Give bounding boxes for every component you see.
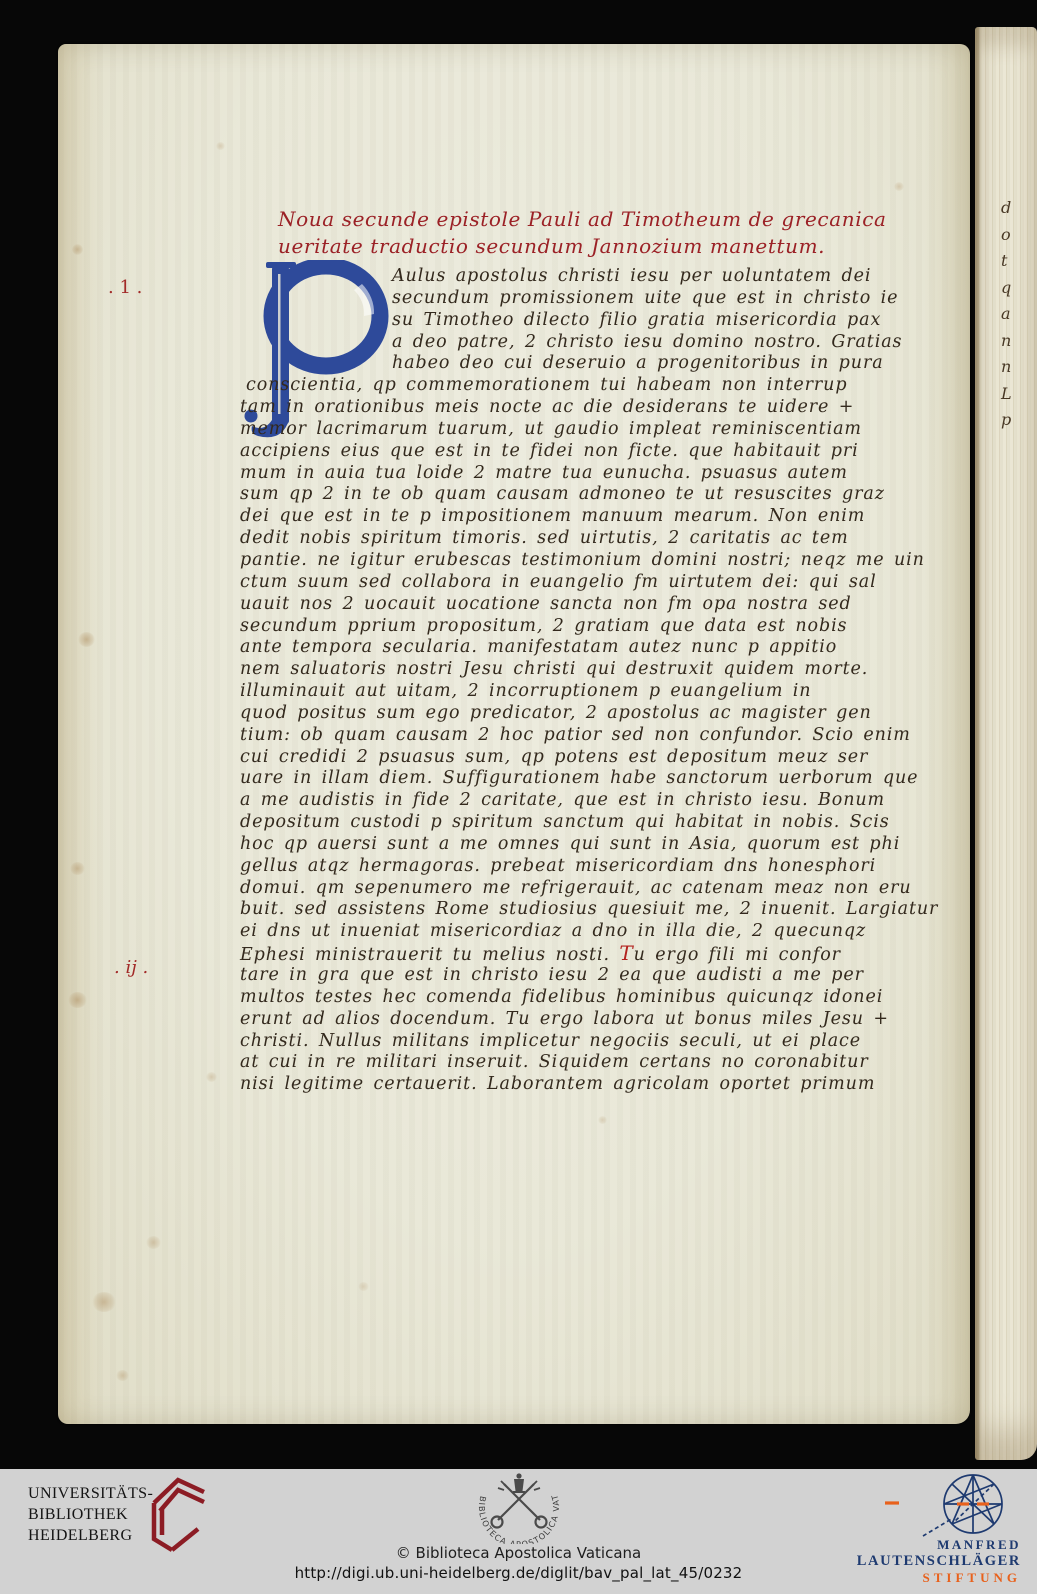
manuscript-line: a me audistis in fide 2 caritate, que es… (240, 790, 930, 812)
edge-letter: d (1001, 195, 1012, 222)
next-page-text-sliver: dotqannLp (1001, 195, 1012, 434)
manuscript-line: nem saluatoris nostri Jesu christi qui d… (240, 659, 930, 681)
manuscript-line: ei dns ut inueniat misericordiaz a dno i… (240, 921, 930, 943)
edge-letter: n (1001, 328, 1012, 355)
rubric-line-2: ueritate traductio secundum Jannozium ma… (278, 233, 898, 260)
manuscript-line: accipiens eius que est in te fidei non f… (240, 441, 930, 463)
stain (894, 182, 904, 191)
manuscript-page: . 1 . . ij . Noua secunde epistole Pauli… (58, 44, 970, 1424)
stain (68, 992, 87, 1008)
library-name-line3: HEIDELBERG (28, 1525, 153, 1546)
rubric-heading: Noua secunde epistole Pauli ad Timotheum… (278, 206, 898, 259)
stain (72, 244, 83, 255)
manuscript-line: conscientia, qp commemorationem tui habe… (240, 375, 930, 397)
manuscript-line: illuminauit aut uitam, 2 incorruptionem … (240, 681, 930, 703)
edge-letter: a (1001, 301, 1012, 328)
stain (70, 862, 85, 875)
stiftung-name-line3: STIFTUNG (857, 1570, 1021, 1586)
manuscript-line: ante tempora secularia. manifestatam aut… (240, 637, 930, 659)
library-name-line1: UNIVERSITÄTS- (28, 1483, 153, 1504)
quire-mark: . ij . (114, 957, 148, 978)
manuscript-line: tam in orationibus meis nocte ac die des… (240, 397, 930, 419)
manuscript-line: nisi legitime certauerit. Laborantem agr… (240, 1074, 930, 1096)
vatican-library-seal-icon: BIBLIOTECA APOSTOLICA VATICANA (472, 1472, 566, 1544)
stiftung-name: MANFRED LAUTENSCHLÄGER STIFTUNG (857, 1537, 1021, 1586)
manuscript-line: dedit nobis spiritum timoris. sed uirtut… (240, 528, 930, 550)
rubric-line-1: Noua secunde epistole Pauli ad Timotheum… (278, 206, 898, 233)
edge-letter: t (1001, 248, 1012, 275)
manuscript-line: christi. Nullus militans implicetur nego… (240, 1031, 930, 1053)
manuscript-line: quod positus sum ego predicator, 2 apost… (240, 703, 930, 725)
stain (216, 142, 225, 150)
manuscript-line: secundum promissionem uite que est in ch… (240, 288, 930, 310)
manuscript-line: domui. qm sepenumero me refrigerauit, ac… (240, 878, 930, 900)
manuscript-line: depositum custodi p spiritum sanctum qui… (240, 812, 930, 834)
manuscript-line: memor lacrimarum tuarum, ut gaudio imple… (240, 419, 930, 441)
stain (116, 1370, 129, 1381)
manuscript-line: erunt ad alios docendum. Tu ergo labora … (240, 1009, 930, 1031)
stiftung-name-line1: MANFRED (857, 1537, 1021, 1553)
manuscript-line: gellus atqz hermagoras. prebeat miserico… (240, 856, 930, 878)
edge-letter: o (1001, 222, 1012, 249)
manuscript-line: Ephesi ministrauerit tu melius nosti. Tu… (240, 943, 930, 965)
stain (146, 1236, 161, 1249)
manuscript-line: uare in illam diem. Suffigurationem habe… (240, 768, 930, 790)
red-section-initial: T (619, 941, 633, 965)
footer-bar: UNIVERSITÄTS- BIBLIOTHEK HEIDELBERG (0, 1469, 1037, 1594)
manuscript-line: at cui in re militari inseruit. Siquidem… (240, 1052, 930, 1074)
manuscript-line: mum in auia tua loide 2 matre tua eunuch… (240, 463, 930, 485)
manuscript-line: tare in gra que est in christo iesu 2 ea… (240, 965, 930, 987)
digitized-manuscript-viewer: . 1 . . ij . Noua secunde epistole Pauli… (0, 0, 1037, 1594)
stain (598, 1116, 607, 1124)
stain (92, 1292, 116, 1312)
manuscript-line: sum qp 2 in te ob quam causam admoneo te… (240, 484, 930, 506)
manuscript-line: buit. sed assistens Rome studiosius ques… (240, 899, 930, 921)
edge-letter: p (1001, 407, 1012, 434)
stain (206, 1072, 217, 1082)
manuscript-line: su Timotheo dilecto filio gratia miseric… (240, 310, 930, 332)
manuscript-text-block: Aulus apostolus christi iesu per uolunta… (240, 266, 930, 1096)
manuscript-line: pantie. ne igitur erubescas testimonium … (240, 550, 930, 572)
heidelberg-library-logo-icon (146, 1473, 216, 1555)
edge-letter: n (1001, 354, 1012, 381)
manuscript-line: secundum pprium propositum, 2 gratiam qu… (240, 616, 930, 638)
edge-letter: q (1001, 275, 1012, 302)
manuscript-line: multos testes hec comenda fidelibus homi… (240, 987, 930, 1009)
manuscript-line: tium: ob quam causam 2 hoc patior sed no… (240, 725, 930, 747)
manuscript-line: dei que est in te p impositionem manuum … (240, 506, 930, 528)
lautenschlaeger-stiftung-logo-icon (865, 1470, 1025, 1540)
library-name: UNIVERSITÄTS- BIBLIOTHEK HEIDELBERG (28, 1483, 153, 1546)
stiftung-name-line2: LAUTENSCHLÄGER (857, 1553, 1021, 1570)
manuscript-line: ctum suum sed collabora in euangelio fm … (240, 572, 930, 594)
stain (358, 1282, 369, 1291)
library-name-line2: BIBLIOTHEK (28, 1504, 153, 1525)
edge-letter: L (1001, 381, 1012, 408)
stain (78, 632, 95, 647)
manuscript-line: uauit nos 2 uocauit uocatione sancta non… (240, 594, 930, 616)
manuscript-line: cui credidi 2 psuasus sum, qp potens est… (240, 747, 930, 769)
manuscript-line: Aulus apostolus christi iesu per uolunta… (240, 266, 930, 288)
manuscript-line: a deo patre, 2 christo iesu domino nostr… (240, 332, 930, 354)
folio-number: . 1 . (108, 277, 142, 298)
book-fore-edge: dotqannLp (975, 27, 1037, 1460)
manuscript-line: habeo deo cui deseruio a progenitoribus … (240, 353, 930, 375)
manuscript-line: hoc qp auersi sunt a me omnes qui sunt i… (240, 834, 930, 856)
